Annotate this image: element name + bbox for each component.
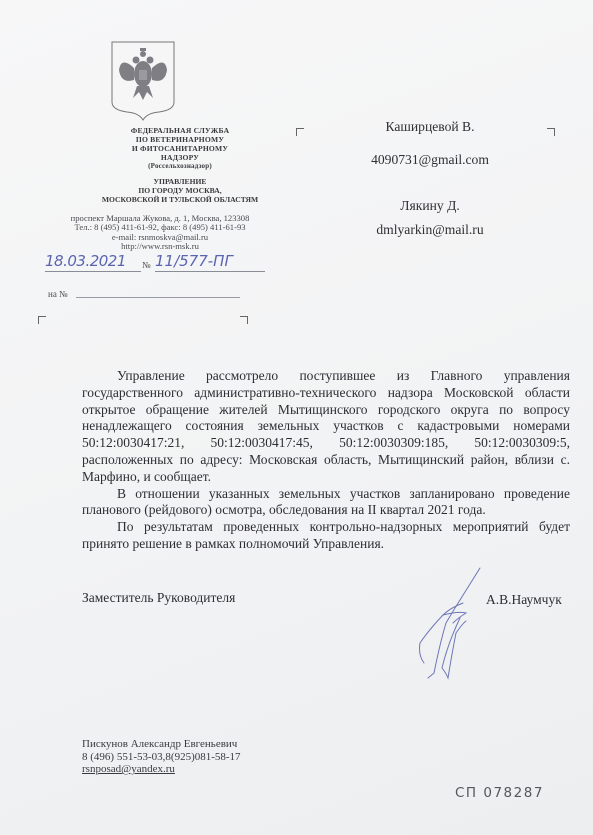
corner-mark [240, 316, 248, 324]
corner-mark [296, 128, 304, 136]
body-paragraph: По результатам проведенных контрольно-на… [82, 519, 570, 553]
executor-phones: 8 (496) 551-53-03,8(925)081-58-17 [82, 751, 241, 764]
signatory-title: Заместитель Руководителя [82, 590, 235, 606]
registration-date: 18.03.2021 [45, 252, 141, 272]
organization-name: ФЕДЕРАЛЬНАЯ СЛУЖБА ПО ВЕТЕРИНАРНОМУ И ФИ… [80, 126, 280, 171]
recipient-name: Лякину Д. [330, 197, 530, 215]
executor-block: Пискунов Александр Евгеньевич 8 (496) 55… [82, 738, 241, 776]
org-website: http://www.rsn-msk.ru [40, 242, 280, 251]
registration-number-label: № [142, 260, 151, 270]
org-line: И ФИТОСАНИТАРНОМУ [80, 144, 280, 153]
executor-name: Пискунов Александр Евгеньевич [82, 738, 241, 751]
dept-line: ПО ГОРОДУ МОСКВА, [80, 186, 280, 195]
recipient-name: Каширцевой В. [330, 118, 530, 136]
dept-line: МОСКОВСКОЙ И ТУЛЬСКОЙ ОБЛАСТЯМ [80, 195, 280, 204]
registration-number: 11/577-ПГ [155, 252, 265, 272]
dept-line: УПРАВЛЕНИЕ [80, 177, 280, 186]
department-name: УПРАВЛЕНИЕ ПО ГОРОДУ МОСКВА, МОСКОВСКОЙ … [80, 177, 280, 204]
body-paragraph: Управление рассмотрело поступившее из Гл… [82, 368, 570, 486]
org-short-name: (Россельхознадзор) [80, 162, 280, 171]
org-line: ФЕДЕРАЛЬНАЯ СЛУЖБА [80, 126, 280, 135]
recipient-email: 4090731@gmail.com [330, 151, 530, 169]
coat-of-arms-icon [109, 40, 177, 122]
letter-page: ФЕДЕРАЛЬНАЯ СЛУЖБА ПО ВЕТЕРИНАРНОМУ И ФИ… [0, 0, 593, 835]
corner-mark [547, 128, 555, 136]
handwritten-signature-icon [408, 563, 488, 693]
body-paragraph: В отношении указанных земельных участков… [82, 486, 570, 520]
corner-mark [38, 316, 46, 324]
reply-to-field [76, 297, 240, 298]
org-line: НАДЗОРУ [80, 153, 280, 162]
reply-to-label: на № [48, 289, 68, 299]
registration-line: 18.03.2021 № 11/577-ПГ [45, 252, 285, 274]
serial-number: СП 078287 [455, 785, 544, 801]
executor-email[interactable]: rsnposad@yandex.ru [82, 763, 241, 776]
letter-body: Управление рассмотрело поступившее из Гл… [82, 368, 570, 553]
contact-block: проспект Маршала Жукова, д. 1, Москва, 1… [40, 214, 280, 252]
recipient-email: dmlyarkin@mail.ru [330, 221, 530, 239]
signatory-name: А.В.Наумчук [486, 592, 562, 608]
recipients-block: Каширцевой В. 4090731@gmail.com Лякину Д… [330, 118, 530, 239]
org-line: ПО ВЕТЕРИНАРНОМУ [80, 135, 280, 144]
